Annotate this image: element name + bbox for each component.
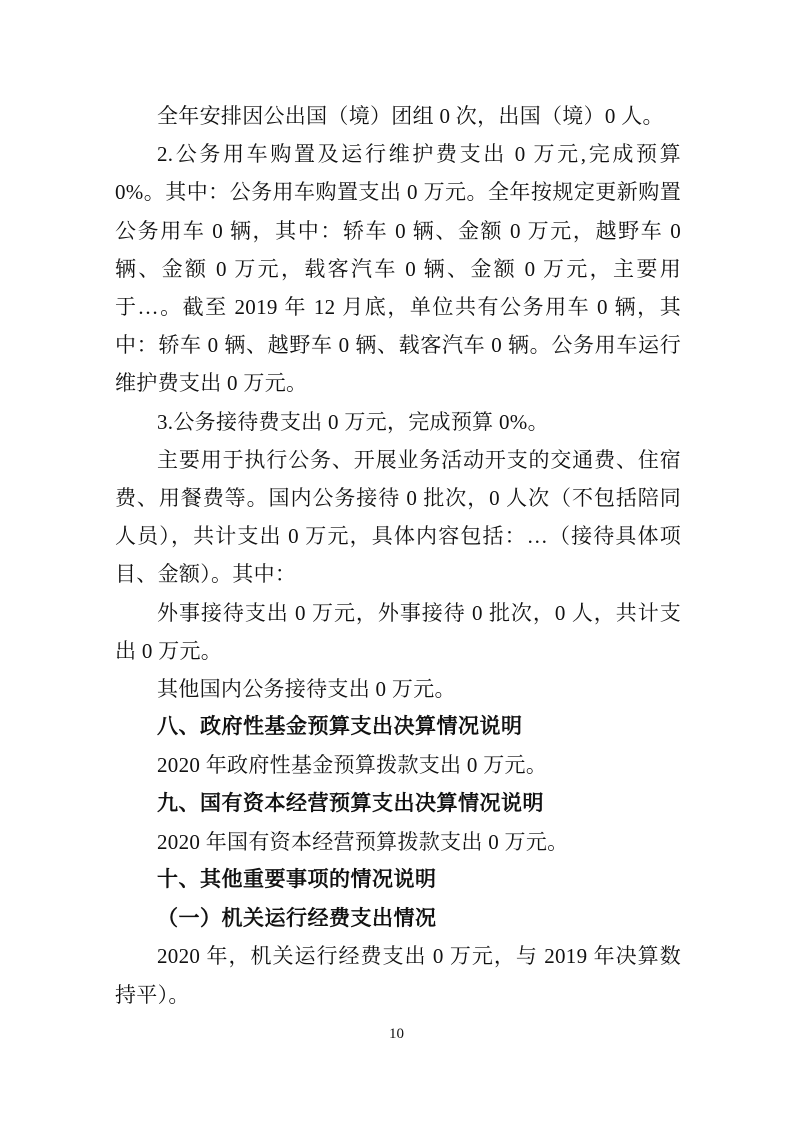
page-number: 10 bbox=[0, 1026, 793, 1043]
subsection-heading-1: （一）机关运行经费支出情况 bbox=[115, 899, 681, 937]
paragraph-reception-expense: 3.公务接待费支出 0 万元，完成预算 0%。 bbox=[115, 403, 681, 441]
paragraph-operating-expense: 2020 年，机关运行经费支出 0 万元，与 2019 年决算数持平）。 bbox=[115, 937, 681, 1013]
paragraph-state-capital-budget: 2020 年国有资本经营预算拨款支出 0 万元。 bbox=[115, 823, 681, 861]
document-body: 全年安排因公出国（境）团组 0 次，出国（境）0 人。 2.公务用车购置及运行维… bbox=[115, 97, 681, 1014]
paragraph-other-domestic-reception: 其他国内公务接待支出 0 万元。 bbox=[115, 670, 681, 708]
paragraph-foreign-reception: 外事接待支出 0 万元，外事接待 0 批次，0 人，共计支出 0 万元。 bbox=[115, 594, 681, 670]
section-heading-10: 十、其他重要事项的情况说明 bbox=[115, 861, 681, 899]
paragraph-abroad-trips: 全年安排因公出国（境）团组 0 次，出国（境）0 人。 bbox=[115, 97, 681, 135]
paragraph-official-vehicles: 2.公务用车购置及运行维护费支出 0 万元,完成预算 0%。其中：公务用车购置支… bbox=[115, 135, 681, 402]
paragraph-gov-fund-budget: 2020 年政府性基金预算拨款支出 0 万元。 bbox=[115, 746, 681, 784]
section-heading-9: 九、国有资本经营预算支出决算情况说明 bbox=[115, 785, 681, 823]
section-heading-8: 八、政府性基金预算支出决算情况说明 bbox=[115, 708, 681, 746]
document-page: 全年安排因公出国（境）团组 0 次，出国（境）0 人。 2.公务用车购置及运行维… bbox=[0, 0, 793, 1122]
paragraph-reception-detail: 主要用于执行公务、开展业务活动开支的交通费、住宿费、用餐费等。国内公务接待 0 … bbox=[115, 441, 681, 594]
